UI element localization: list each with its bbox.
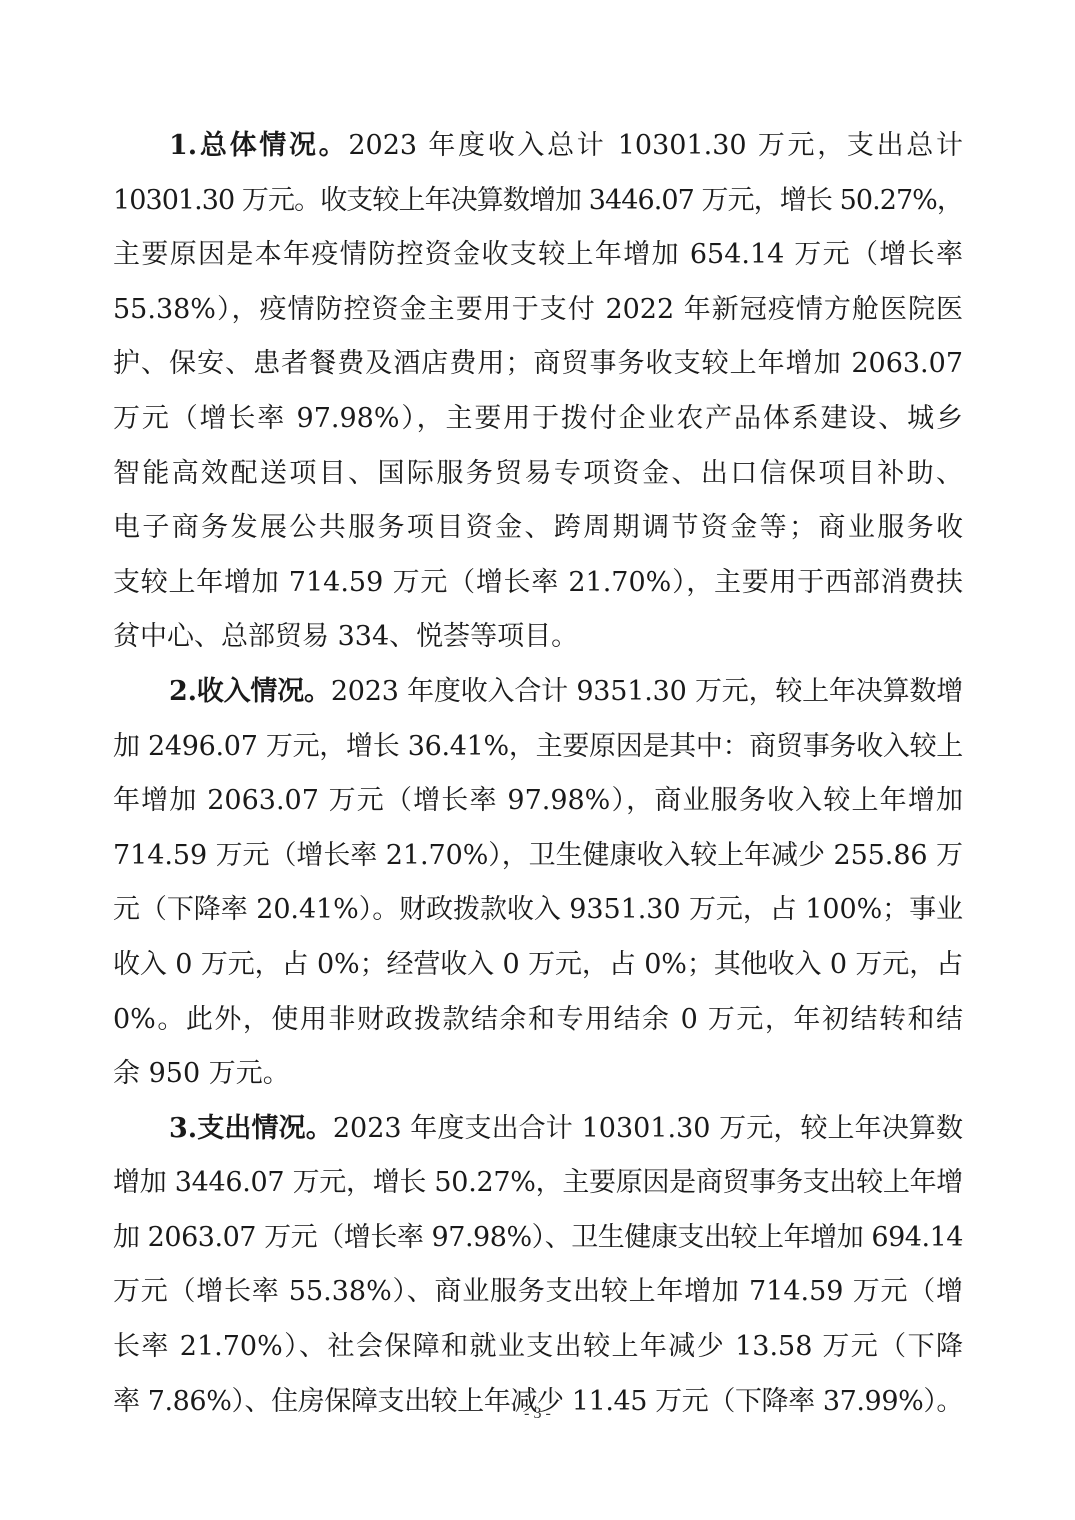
paragraph-expenditure: 3.支出情况。2023 年度支出合计 10301.30 万元，较上年决算数 增加… [113,1109,963,1437]
paragraph-line: 3.支出情况。2023 年度支出合计 10301.30 万元，较上年决算数 [113,1109,963,1164]
paragraph-line: 10301.30 万元。收支较上年决算数增加 3446.07 万元，增长 50.… [113,181,963,236]
paragraph-line: 年增加 2063.07 万元（增长率 97.98%），商业服务收入较上年增加 [113,781,963,836]
paragraph-line: 余 950 万元。 [113,1054,963,1109]
paragraph-overall: 1.总体情况。2023 年度收入总计 10301.30 万元，支出总计 1030… [113,126,963,672]
paragraph-line: 1.总体情况。2023 年度收入总计 10301.30 万元，支出总计 [113,126,963,181]
document-page: 1.总体情况。2023 年度收入总计 10301.30 万元，支出总计 1030… [113,126,963,1436]
paragraph-line: 智能高效配送项目、国际服务贸易专项资金、出口信保项目补助、 [113,454,963,509]
paragraph-line: 2.收入情况。2023 年度收入合计 9351.30 万元，较上年决算数增 [113,672,963,727]
paragraph-line: 加 2496.07 万元，增长 36.41%，主要原因是其中：商贸事务收入较上 [113,727,963,782]
paragraph-line: 55.38%），疫情防控资金主要用于支付 2022 年新冠疫情方舱医院医 [113,290,963,345]
paragraph-line: 电子商务发展公共服务项目资金、跨周期调节资金等；商业服务收 [113,508,963,563]
paragraph-line: 加 2063.07 万元（增长率 97.98%）、卫生健康支出较上年增加 694… [113,1218,963,1273]
paragraph-line: 714.59 万元（增长率 21.70%），卫生健康收入较上年减少 255.86… [113,836,963,891]
page-number: - 3 - [0,1405,1075,1423]
section-heading-overall: 1.总体情况。 [169,130,348,161]
paragraph-line: 主要原因是本年疫情防控资金收支较上年增加 654.14 万元（增长率 [113,235,963,290]
paragraph-line: 万元（增长率 97.98%），主要用于拨付企业农产品体系建设、城乡 [113,399,963,454]
paragraph-line: 收入 0 万元，占 0%；经营收入 0 万元，占 0%；其他收入 0 万元，占 [113,945,963,1000]
paragraph-line: 支较上年增加 714.59 万元（增长率 21.70%），主要用于西部消费扶 [113,563,963,618]
section-heading-income: 2.收入情况。 [169,676,331,707]
paragraph-line: 长率 21.70%）、社会保障和就业支出较上年减少 13.58 万元（下降 [113,1327,963,1382]
paragraph-line: 护、保安、患者餐费及酒店费用；商贸事务收支较上年增加 2063.07 [113,344,963,399]
paragraph-line: 增加 3446.07 万元，增长 50.27%，主要原因是商贸事务支出较上年增 [113,1163,963,1218]
paragraph-income: 2.收入情况。2023 年度收入合计 9351.30 万元，较上年决算数增 加 … [113,672,963,1109]
paragraph-line: 贫中心、总部贸易 334、悦荟等项目。 [113,617,963,672]
section-heading-expenditure: 3.支出情况。 [169,1113,333,1144]
paragraph-line: 0%。此外，使用非财政拨款结余和专用结余 0 万元，年初结转和结 [113,1000,963,1055]
paragraph-line: 元（下降率 20.41%）。财政拨款收入 9351.30 万元，占 100%；事… [113,890,963,945]
paragraph-line: 万元（增长率 55.38%）、商业服务支出较上年增加 714.59 万元（增 [113,1272,963,1327]
